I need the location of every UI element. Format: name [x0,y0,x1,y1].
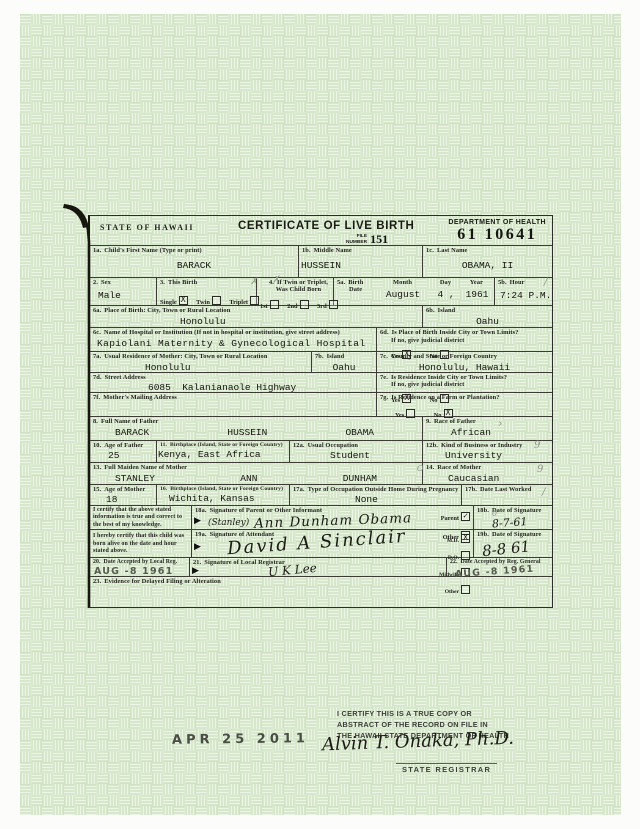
value-mother-age: 18 [90,495,156,505]
department-label: DEPARTMENT OF HEALTH [448,219,546,226]
field-1a-first-name: 1a.Child's First Name (Type or print) BA… [90,246,299,277]
pen-mark-farm: › [498,417,502,430]
row-child-name: 1a.Child's First Name (Type or print) BA… [90,246,552,278]
scanned-birth-certificate-page: { "header": { "state": "STATE OF HAWAII"… [0,0,640,829]
field-1c-last-name: 1c.Last Name OBAMA, II [423,246,552,277]
value-street-address: 6085 Kalanianaole Highway [90,383,376,393]
value-middle-name: HUSSEIN [299,261,422,271]
file-number-block: FILE NUMBER 151 [346,232,388,247]
file-number-value: 151 [370,232,388,247]
state-registrar-title: STATE REGISTRAR [396,763,497,774]
value-father-industry: University [423,451,552,461]
value-mother-birthplace: Wichita, Kansas [157,494,289,504]
checkbox-twin [212,296,221,305]
pen-mark-race-mother: / [542,487,545,498]
local-reg-date-stamp: AUG -8 1961 [90,566,189,577]
checkbox-md: X [461,534,470,543]
row-sex-birthdate: 2.Sex Male 3.This Birth SingleX Twin Tri… [90,278,552,306]
row-attendant-signature: I hereby certify that this child was bor… [90,530,552,558]
field-21-local-registrar-signature: 21.Signature of Local Registrar ▶ U K Le… [190,558,447,576]
field-7d-street-address: 7d.Street Address 6085 Kalanianaole High… [90,373,377,392]
field-3-this-birth: 3.This Birth SingleX Twin Triplet [157,278,257,305]
field-7e-residence-limits: 7e.Is Residence Inside City or Town Limi… [377,373,552,392]
field-6a-place-of-birth: 6a.Place of Birth: City, Town or Rural L… [90,306,423,328]
field-17b-date-last-worked: 17b.Date Last Worked [462,485,552,505]
field-15-mother-age: 15.Age of Mother 18 [90,485,157,505]
row-registrar: 20.Date Accepted by Local Reg. AUG -8 19… [90,558,552,577]
field-23-evidence: 23.Evidence for Delayed Filing or Altera… [90,577,552,607]
field-19a-attendant-signature: 19a.Signature of Attendant ▶ David A Sin… [192,530,474,557]
row-father-name: 8.Full Name of Father BARACKHUSSEINOBAMA… [90,417,552,441]
value-father-occupation: Student [290,451,422,461]
value-place-city: Honolulu [90,317,422,327]
signature-prefix: (Stanley) [208,518,249,528]
field-13-mother-name: 13.Full Maiden Name of Mother STANLEYANN… [90,463,423,484]
value-first-name: BARACK [90,261,298,271]
field-5a-birth-date: 5a.BirthDate Month August Day 4 , Year 1… [334,278,495,305]
field-16-mother-birthplace: 16.Birthplace (Island, State or Foreign … [157,485,290,505]
field-9-father-race: 9.Race of Father African [423,417,552,440]
row-mother-details: 15.Age of Mother 18 16.Birthplace (Islan… [90,485,552,506]
field-18b-signature-date: 18b.Date of Signature 8-7-61 [474,506,552,530]
certify-statement-attendant: I hereby certify that this child was bor… [90,530,192,557]
pen-mark-occupation: 0 [492,509,497,518]
value-father-race: African [423,428,552,438]
value-hour: 7:24 P.M. [495,291,552,301]
field-19b-signature-date: 19b.Date of Signature 8-8 61 [474,530,552,557]
value-last-name: OBAMA, II [423,261,552,271]
field-7b-island: 7b.Island Oahu [312,352,377,372]
department-block: DEPARTMENT OF HEALTH 61 10641 [448,219,546,244]
pen-mark-student: O [417,464,424,473]
row-residence: 7a.Usual Residence of Mother: City, Town… [90,352,552,373]
value-birth-day: 4 , [432,290,460,300]
certificate-title: CERTIFICATE OF LIVE BIRTH [238,220,414,232]
field-20-local-reg-date: 20.Date Accepted by Local Reg. AUG -8 19… [90,558,190,576]
field-10-father-age: 10.Age of Father 25 [90,441,157,462]
row-place-of-birth: 6a.Place of Birth: City, Town or Rural L… [90,306,552,329]
row-father-details: 10.Age of Father 25 11.Birthplace (Islan… [90,441,552,463]
checkbox-parent: ✓ [461,512,470,521]
field-6b-island: 6b.Island Oahu [423,306,552,328]
field-8-father-name: 8.Full Name of Father BARACKHUSSEINOBAMA [90,417,423,440]
pen-mark-hour: / [544,277,547,288]
row-hospital: 6c.Name of Hospital or Institution (If n… [90,328,552,352]
field-11-father-birthplace: 11.Birthplace (Island, State or Foreign … [157,441,290,462]
form-header-row: STATE OF HAWAII CERTIFICATE OF LIVE BIRT… [90,216,552,246]
field-12a-occupation: 12a.Usual Occupation Student [290,441,423,462]
april-2011-date-stamp: APR 25 2011 [172,731,309,747]
checkbox-single: X [179,296,188,305]
certificate-form: STATE OF HAWAII CERTIFICATE OF LIVE BIRT… [88,215,553,608]
value-county-state: Honolulu, Hawaii [377,363,552,373]
field-2-sex: 2.Sex Male [90,278,157,305]
value-residence-city: Honolulu [90,363,311,373]
field-14-mother-race: 14.Race of Mother Caucasian [423,463,552,484]
pen-mark-race-father: 9 [534,440,540,451]
value-residence-island: Oahu [312,363,376,373]
field-1b-middle-name: 1b.Middle Name HUSSEIN [299,246,423,277]
field-7f-mailing-address: 7f.Mother's Mailing Address [90,393,377,416]
value-hospital: Kapiolani Maternity & Gynecological Hosp… [90,339,376,349]
field-7g-farm: 7g.Is Residence on a Farm or Plantation?… [377,393,552,416]
row-mother-name: 13.Full Maiden Name of Mother STANLEYANN… [90,463,552,485]
value-father-age: 25 [90,451,156,461]
value-birth-year: 1961 [460,290,494,300]
value-island: Oahu [423,317,552,327]
value-father-birthplace: Kenya, East Africa [157,450,289,460]
row-mailing-address: 7f.Mother's Mailing Address 7g.Is Reside… [90,393,552,417]
field-17a-occupation-pregnancy: 17a.Type of Occupation Outside Home Duri… [290,485,462,505]
certify-statement-parent: I certify that the above stated informat… [90,506,192,530]
parent-signature-date: 8-7-61 [474,513,553,531]
value-birth-month: August [374,290,432,300]
field-7a-residence-city: 7a.Usual Residence of Mother: City, Town… [90,352,312,372]
state-of-hawaii-label: STATE OF HAWAII [100,223,194,232]
field-22-reg-general-date: 22.Date Accepted by Reg. General AUG -8 … [447,558,552,576]
field-6c-hospital: 6c.Name of Hospital or Institution (If n… [90,328,377,351]
field-6d-city-limits: 6d.Is Place of Birth Inside City or Town… [377,328,552,351]
value-mother-race: Caucasian [423,474,552,484]
row-parent-signature: I certify that the above stated informat… [90,506,552,531]
row-street-address: 7d.Street Address 6085 Kalanianaole High… [90,373,552,393]
field-7c-county-state: 7c.County and State or Foreign Country H… [377,352,552,372]
value-sex: Male [90,291,156,301]
file-number-label: FILE NUMBER [346,234,367,245]
field-18a-parent-signature: 18a.Signature of Parent or Other Informa… [192,506,474,530]
value-mother-occupation: None [290,495,461,505]
row-evidence: 23.Evidence for Delayed Filing or Altera… [90,577,552,607]
field-12b-industry: 12b.Kind of Business or Industry Univers… [423,441,552,462]
pen-mark-industry: 9 [537,464,543,475]
certificate-number: 61 10641 [448,226,546,244]
